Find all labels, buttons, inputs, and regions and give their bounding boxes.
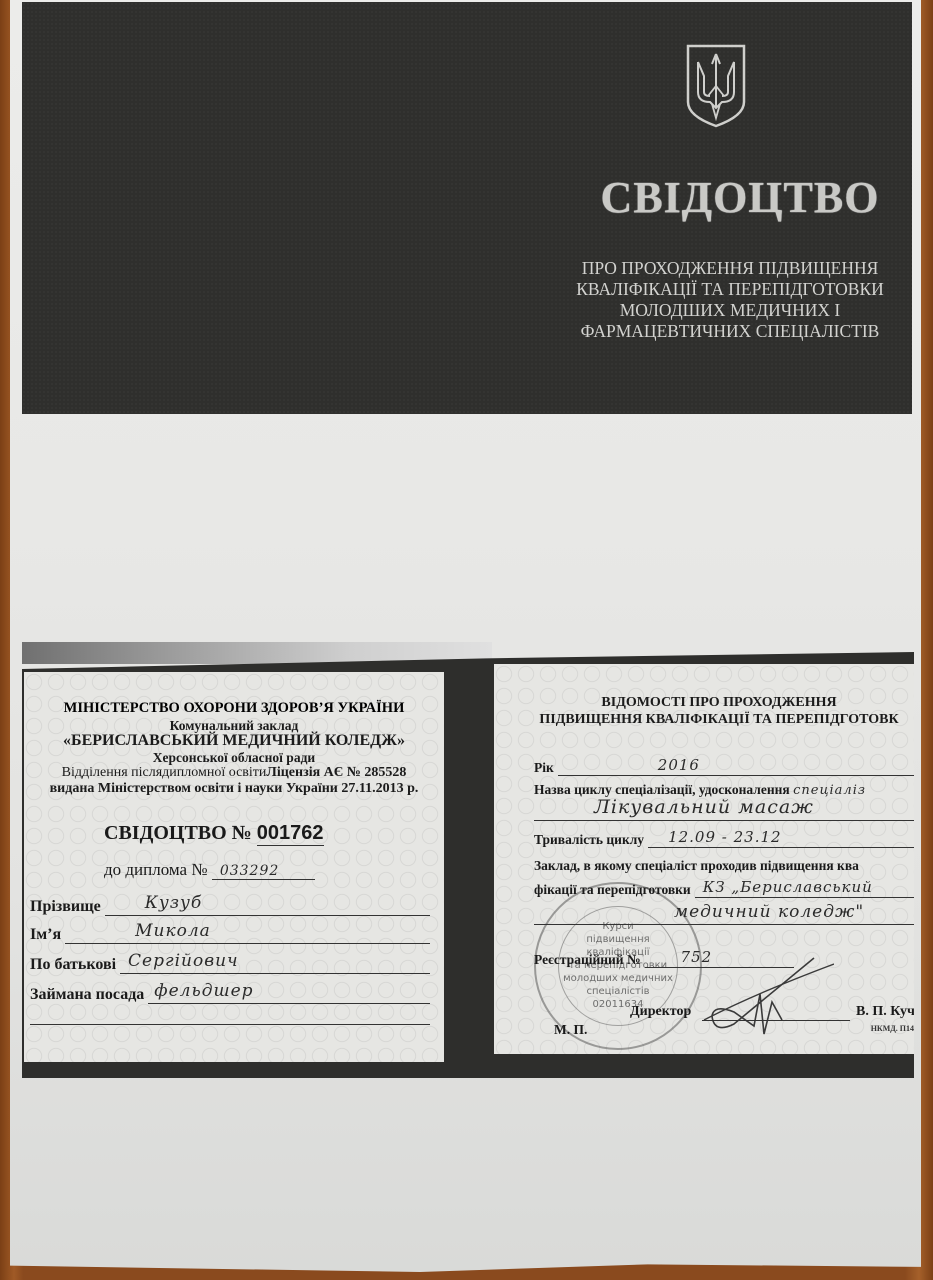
- form-code: НКМД. П14: [871, 1024, 914, 1033]
- institution-value-2: медичний коледж": [674, 902, 864, 922]
- surname-field: Прізвище Кузуб: [30, 894, 430, 916]
- diploma-label: до диплома №: [104, 860, 208, 879]
- department-license: Відділення післядипломної освітиЛіцензія…: [24, 765, 444, 780]
- cover-subtitle-line: МОЛОДШИХ МЕДИЧНИХ І: [548, 300, 912, 321]
- cycle-name: Лікувальний масаж: [594, 796, 814, 818]
- cover-subtitle: ПРО ПРОХОДЖЕННЯ ПІДВИЩЕННЯ КВАЛІФІКАЦІЇ …: [548, 258, 912, 342]
- right-page: ВІДОМОСТІ ПРО ПРОХОДЖЕННЯ ПІДВИЩЕННЯ КВА…: [494, 664, 914, 1054]
- heading-line: ПІДВИЩЕННЯ КВАЛІФІКАЦІЇ ТА ПЕРЕПІДГОТОВК: [494, 711, 914, 728]
- institution-label-2: фікації та перепідготовки: [534, 882, 691, 898]
- certificate-number-row: СВІДОЦТВО № 001762: [104, 822, 324, 845]
- year-label: Рік: [534, 760, 554, 776]
- institution-type: Комунальний заклад: [24, 718, 444, 733]
- license-issued: видана Міністерством освіти і науки Укра…: [24, 781, 444, 796]
- institution-line-2: медичний коледж": [534, 902, 914, 925]
- surname-value: Кузуб: [145, 893, 203, 913]
- diploma-row: до диплома № 033292: [104, 860, 315, 880]
- right-page-heading: ВІДОМОСТІ ПРО ПРОХОДЖЕННЯ ПІДВИЩЕННЯ КВА…: [494, 694, 914, 728]
- certificate-label: СВІДОЦТВО №: [104, 822, 252, 844]
- first-name-label: Ім’я: [30, 926, 61, 944]
- council-name: Херсонської обласної ради: [24, 750, 444, 765]
- registration-label: Реєстраційний №: [534, 952, 641, 968]
- surname-label: Прізвище: [30, 898, 101, 916]
- heading-line: ВІДОМОСТІ ПРО ПРОХОДЖЕННЯ: [494, 694, 914, 711]
- position-field: Займана посада фельдшер: [30, 982, 430, 1004]
- duration-label: Тривалість циклу: [534, 832, 644, 848]
- patronymic-value: Сергійович: [128, 951, 239, 971]
- blank-line: [30, 1024, 430, 1025]
- license-number: Ліцензія АЄ № 285528: [266, 765, 406, 780]
- first-name-value: Микола: [135, 921, 211, 941]
- cycle-label: Назва циклу спеціалізації, удосконалення: [534, 782, 790, 797]
- duration-value: 12.09 - 23.12: [668, 828, 782, 846]
- director-name: В. П. Куч: [856, 1004, 914, 1020]
- director-signature-line: [702, 1020, 850, 1021]
- position-label: Займана посада: [30, 986, 144, 1004]
- institution-name: «БЕРИСЛАВСЬКИЙ МЕДИЧНИЙ КОЛЕДЖ»: [24, 733, 444, 748]
- cover-subtitle-line: ПРО ПРОХОДЖЕННЯ ПІДВИЩЕННЯ: [548, 258, 912, 279]
- director-signature: [694, 954, 834, 1044]
- cycle-name-line: Лікувальний масаж: [534, 798, 914, 821]
- patronymic-label: По батькові: [30, 956, 116, 974]
- year-value: 2016: [658, 756, 700, 774]
- certificate-number: 001762: [257, 822, 324, 846]
- left-page: МІНІСТЕРСТВО ОХОРОНИ ЗДОРОВ’Я УКРАЇНИ Ко…: [24, 672, 444, 1062]
- director-label: Директор: [630, 1004, 691, 1020]
- cover-subtitle-line: КВАЛІФІКАЦІЇ ТА ПЕРЕПІДГОТОВКИ: [548, 279, 912, 300]
- department-name: Відділення післядипломної освіти: [62, 765, 267, 780]
- institution-label-1: Заклад, в якому спеціаліст проходив підв…: [534, 858, 914, 874]
- institution-field: фікації та перепідготовки КЗ „Бериславсь…: [534, 876, 914, 898]
- diploma-number: 033292: [212, 863, 315, 880]
- patronymic-field: По батькові Сергійович: [30, 952, 430, 974]
- seal-label: М. П.: [554, 1022, 587, 1038]
- cover-title: СВІДОЦТВО: [560, 172, 920, 223]
- trident-icon: [684, 42, 748, 128]
- ministry-name: МІНІСТЕРСТВО ОХОРОНИ ЗДОРОВ’Я УКРАЇНИ: [24, 700, 444, 716]
- position-value: фельдшер: [154, 981, 253, 1001]
- cover-subtitle-line: ФАРМАЦЕВТИЧНИХ СПЕЦІАЛІСТІВ: [548, 321, 912, 342]
- institution-value-1: КЗ „Бериславський: [703, 878, 873, 896]
- year-field: Рік 2016: [534, 754, 914, 776]
- first-name-field: Ім’я Микола: [30, 922, 430, 944]
- duration-field: Тривалість циклу 12.09 - 23.12: [534, 826, 914, 848]
- certificate-cover: СВІДОЦТВО ПРО ПРОХОДЖЕННЯ ПІДВИЩЕННЯ КВА…: [22, 2, 912, 414]
